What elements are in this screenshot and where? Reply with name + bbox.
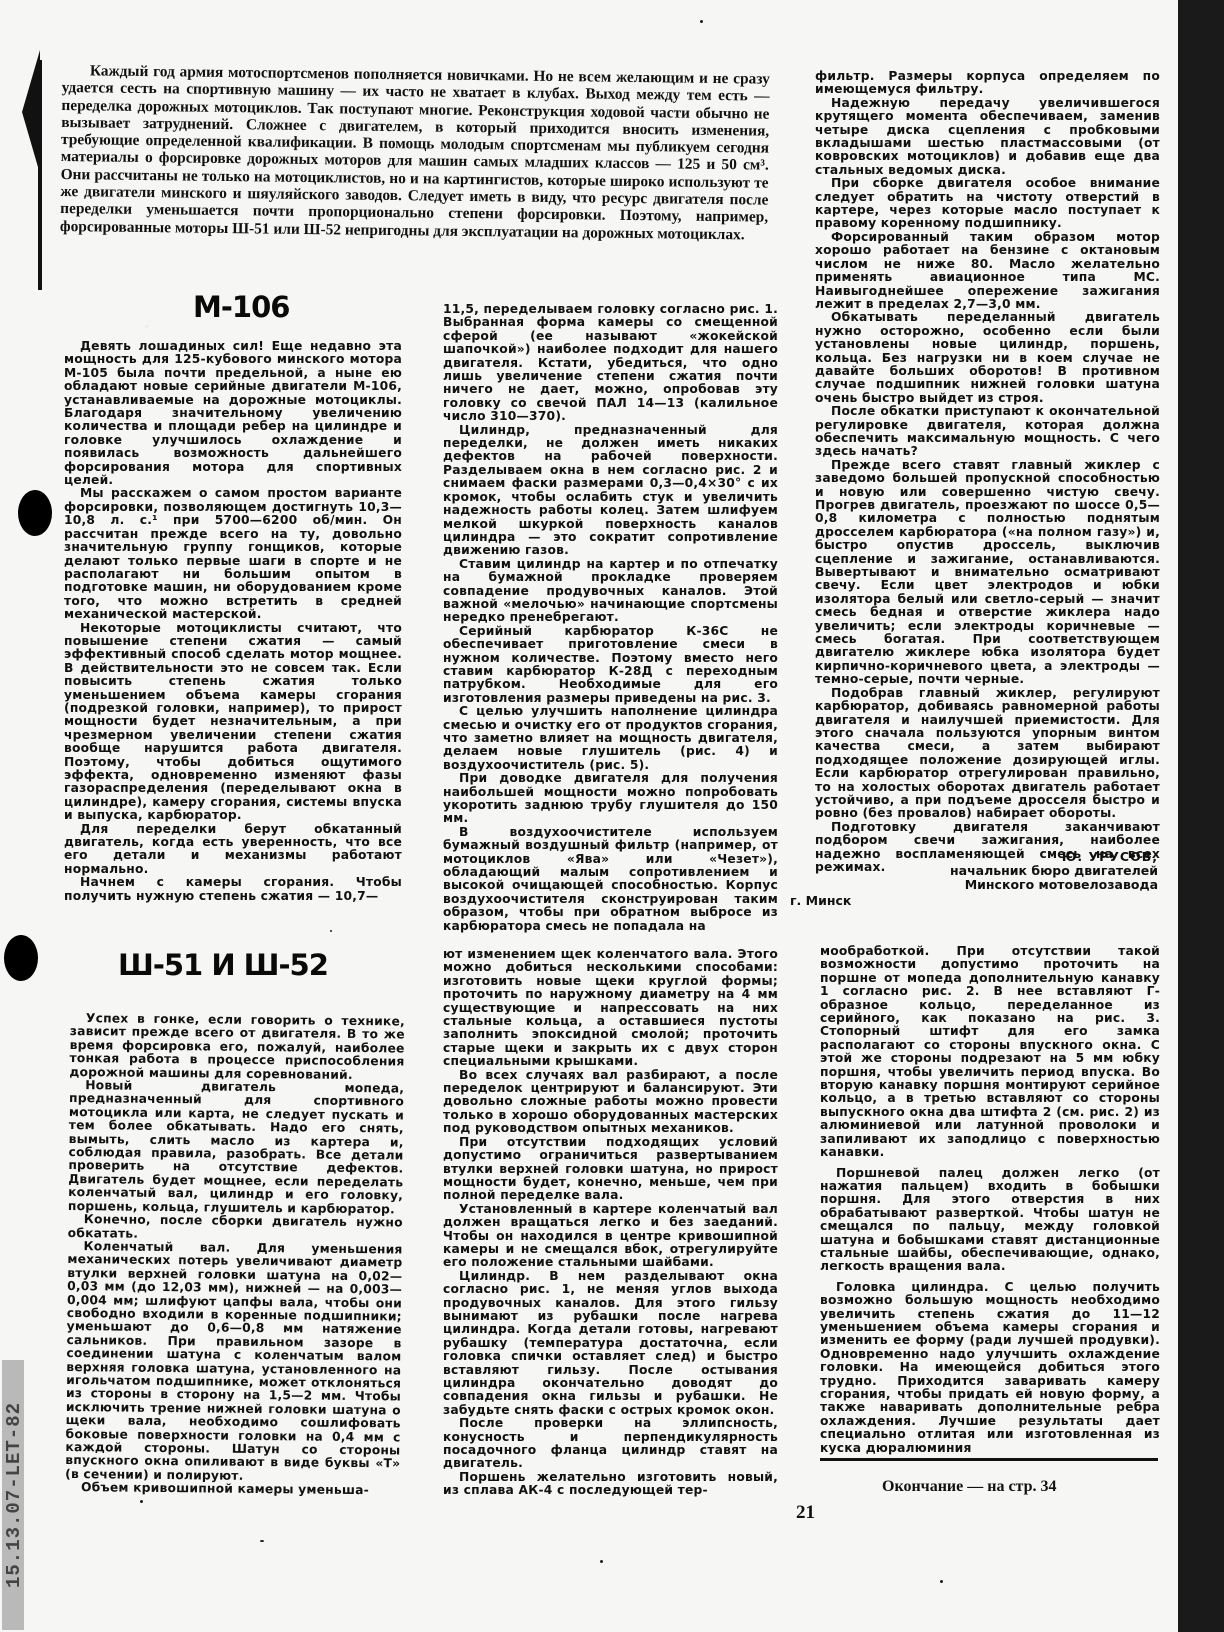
paragraph: Обкатывать переделанный двигатель нужно … — [815, 311, 1160, 405]
paragraph: Новый двигатель мопеда, предназначенный … — [68, 1079, 404, 1217]
paragraph: Успех в гонке, если говорить о технике, … — [69, 1012, 405, 1083]
scan-speck — [600, 1560, 603, 1563]
author-signature: Ю. УРУСОВ, начальник бюро двигателей Мин… — [790, 850, 1158, 908]
paragraph: фильтр. Размеры корпуса определяем по им… — [815, 70, 1160, 97]
page-number: 21 — [796, 1502, 815, 1524]
magazine-page: 15.13.07-LET-82 Каждый год армия мотоспо… — [0, 0, 1224, 1632]
paragraph: Во всех случаях вал разбирают, а после п… — [443, 1069, 778, 1136]
paragraph: После обкатки приступают к окончательной… — [815, 405, 1160, 459]
paragraph: Цилиндр, предназначенный для переделки, … — [443, 424, 778, 558]
section-title-m106: М-106 — [193, 290, 289, 324]
paragraph: Форсированный таким образом мотор хорошо… — [815, 231, 1160, 311]
divider-rule — [820, 1458, 1158, 1461]
punch-hole-icon — [4, 935, 38, 981]
paragraph: Коленчатый вал. Для уменьшения механичес… — [65, 1240, 403, 1485]
punch-hole-icon — [18, 490, 52, 536]
paragraph: Головка цилиндра. С целью получить возмо… — [820, 1281, 1160, 1455]
paragraph: Прежде всего ставят главный жиклер с зав… — [815, 459, 1160, 687]
paragraph: ют изменением щек коленчатого вала. Этог… — [443, 948, 778, 1069]
paragraph: Объем кривошипной камеры уменьша- — [65, 1481, 400, 1498]
paragraph: При доводке двигателя для получения наиб… — [443, 772, 778, 826]
archive-stamp: 15.13.07-LET-82 — [2, 1360, 24, 1630]
paragraph: Установленный в картере коленчатый вал д… — [443, 1203, 778, 1270]
scan-speck — [940, 1580, 943, 1583]
author-role: начальник бюро двигателей — [790, 864, 1158, 878]
scan-edge-shadow — [1178, 0, 1224, 1632]
sh51-column-2: ют изменением щек коленчатого вала. Этог… — [443, 948, 778, 1498]
scan-speck — [140, 1500, 143, 1503]
archive-stamp-text: 15.13.07-LET-82 — [3, 1365, 25, 1625]
paragraph: Девять лошадиных сил! Еще недавно эта мо… — [64, 340, 402, 487]
m106-column-2: 11,5, переделываем головку согласно рис.… — [443, 303, 778, 933]
paragraph: Серийный карбюратор К-36С не обеспечивае… — [443, 625, 778, 705]
paragraph: Поршень желательно изготовить новый, из … — [443, 1471, 778, 1498]
paragraph: Надежную передачу увеличившегося крутяще… — [815, 97, 1160, 177]
paragraph: 11,5, переделываем головку согласно рис.… — [443, 303, 778, 424]
sh51-column-3: мообработкой. При отсутствии такой возмо… — [820, 945, 1160, 1455]
scan-speck — [700, 20, 703, 23]
paragraph: Ставим цилиндр на картер и по отпечатку … — [443, 558, 778, 625]
author-name: Ю. УРУСОВ, — [790, 850, 1158, 864]
author-city: г. Минск — [790, 894, 1158, 908]
continued-note: Окончание — на стр. 34 — [882, 1478, 1132, 1496]
paragraph: Цилиндр. В нем разделывают окна согласно… — [443, 1270, 778, 1417]
paragraph: С целью улучшить наполнение цилиндра сме… — [443, 705, 778, 772]
paragraph: Начнем с камеры сгорания. Чтобы получить… — [64, 876, 402, 903]
scan-speck — [260, 1540, 264, 1542]
intro-paragraph: Каждый год армия мотоспортсменов пополня… — [60, 62, 770, 244]
paragraph: В воздухоочистителе используем бумажный … — [443, 826, 778, 933]
paragraph: мообработкой. При отсутствии такой возмо… — [820, 945, 1160, 1160]
paragraph: Мы расскажем о самом простом варианте фо… — [64, 487, 402, 621]
scan-speck — [330, 930, 332, 932]
paragraph: Подобрав главный жиклер, регулируют карб… — [815, 687, 1160, 821]
paragraph: Поршневой палец должен легко (от нажатия… — [820, 1167, 1160, 1274]
paragraph: При отсутствии подходящих условий допуст… — [443, 1136, 778, 1203]
m106-column-1: Девять лошадиных сил! Еще недавно эта мо… — [64, 340, 402, 903]
m106-column-3: фильтр. Размеры корпуса определяем по им… — [815, 70, 1160, 874]
paragraph: При сборке двигателя особое внимание сле… — [815, 177, 1160, 231]
paragraph: Некоторые мотоциклисты считают, что повы… — [64, 622, 402, 823]
author-organization: Минского мотовелозавода — [790, 878, 1158, 892]
section-title-sh51-sh52: Ш-51 И Ш-52 — [118, 948, 328, 982]
lead-bar — [38, 60, 42, 290]
paragraph: Для переделки берут обкатанный двигатель… — [64, 823, 402, 877]
paragraph: После проверки на эллипсность, конусност… — [443, 1417, 778, 1471]
sh51-column-1: Успех в гонке, если говорить о технике, … — [65, 1012, 405, 1498]
